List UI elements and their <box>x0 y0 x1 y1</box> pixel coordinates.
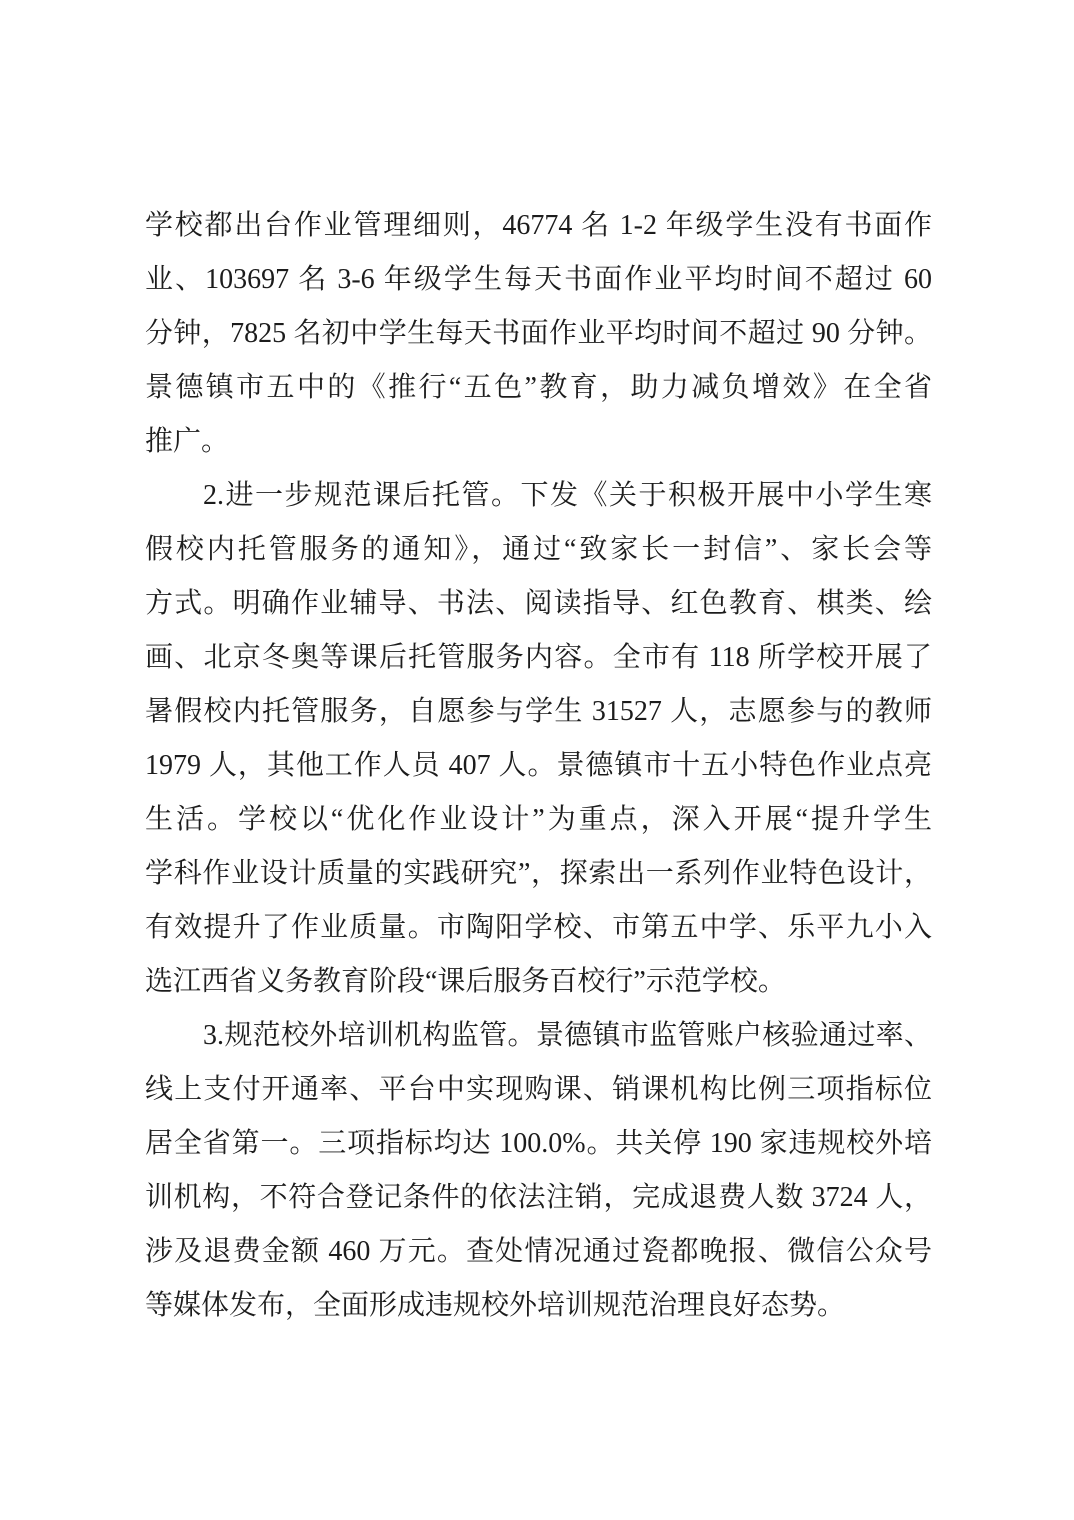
text-line: 学校都出台作业管理细则，46774 名 1-2 年级学生没有书面作 <box>145 199 932 253</box>
text-line: 方式。明确作业辅导、书法、阅读指导、红色教育、棋类、绘 <box>145 577 932 631</box>
text-line: 景德镇市五中的《推行“五色”教育，助力减负增效》在全省 <box>145 361 932 415</box>
text-line: 1979 人，其他工作人员 407 人。景德镇市十五小特色作业点亮 <box>145 739 932 793</box>
text-line: 生活。学校以“优化作业设计”为重点，深入开展“提升学生 <box>145 793 932 847</box>
text-line: 线上支付开通率、平台中实现购课、销课机构比例三项指标位 <box>145 1063 932 1117</box>
paragraph-3: 3.规范校外培训机构监管。景德镇市监管账户核验通过率、 线上支付开通率、平台中实… <box>145 1009 932 1333</box>
text-line: 画、北京冬奥等课后托管服务内容。全市有 118 所学校开展了 <box>145 631 932 685</box>
text-line: 分钟，7825 名初中学生每天书面作业平均时间不超过 90 分钟。 <box>145 307 932 361</box>
text-line: 学科作业设计质量的实践研究”，探索出一系列作业特色设计， <box>145 847 932 901</box>
paragraph-1: 学校都出台作业管理细则，46774 名 1-2 年级学生没有书面作 业、1036… <box>145 199 932 469</box>
text-line: 居全省第一。三项指标均达 100.0%。共关停 190 家违规校外培 <box>145 1117 932 1171</box>
text-line: 有效提升了作业质量。市陶阳学校、市第五中学、乐平九小入 <box>145 901 932 955</box>
text-line: 选江西省义务教育阶段“课后服务百校行”示范学校。 <box>145 955 932 1009</box>
paragraph-2: 2.进一步规范课后托管。下发《关于积极开展中小学生寒 假校内托管服务的通知》，通… <box>145 469 932 1009</box>
text-line: 暑假校内托管服务，自愿参与学生 31527 人，志愿参与的教师 <box>145 685 932 739</box>
text-line: 2.进一步规范课后托管。下发《关于积极开展中小学生寒 <box>145 469 932 523</box>
text-line: 等媒体发布，全面形成违规校外培训规范治理良好态势。 <box>145 1279 932 1333</box>
text-line: 推广。 <box>145 415 932 469</box>
document-text-block: 学校都出台作业管理细则，46774 名 1-2 年级学生没有书面作 业、1036… <box>145 199 932 1333</box>
text-line: 涉及退费金额 460 万元。查处情况通过瓷都晚报、微信公众号 <box>145 1225 932 1279</box>
text-line: 训机构，不符合登记条件的依法注销，完成退费人数 3724 人， <box>145 1171 932 1225</box>
document-page: 学校都出台作业管理细则，46774 名 1-2 年级学生没有书面作 业、1036… <box>0 0 1074 1520</box>
text-line: 3.规范校外培训机构监管。景德镇市监管账户核验通过率、 <box>145 1009 932 1063</box>
text-line: 假校内托管服务的通知》，通过“致家长一封信”、家长会等 <box>145 523 932 577</box>
text-line: 业、103697 名 3-6 年级学生每天书面作业平均时间不超过 60 <box>145 253 932 307</box>
